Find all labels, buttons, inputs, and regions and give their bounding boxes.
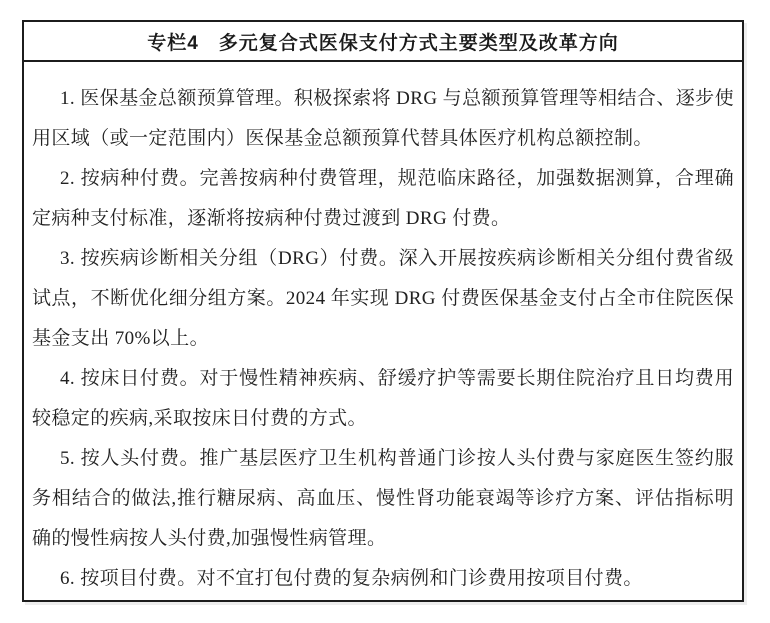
paragraph-per-disease-payment: 2. 按病种付费。完善按病种付费管理，规范临床路径，加强数据测算，合理确定病种支… (32, 159, 734, 239)
box-title: 专栏4 多元复合式医保支付方式主要类型及改革方向 (24, 22, 742, 62)
policy-column-box: 专栏4 多元复合式医保支付方式主要类型及改革方向 1. 医保基金总额预算管理。积… (22, 20, 744, 602)
paragraph-drg-payment: 3. 按疾病诊断相关分组（DRG）付费。深入开展按疾病诊断相关分组付费省级试点，… (32, 239, 734, 359)
document-page: 专栏4 多元复合式医保支付方式主要类型及改革方向 1. 医保基金总额预算管理。积… (0, 0, 770, 623)
paragraph-per-bed-day-payment: 4. 按床日付费。对于慢性精神疾病、舒缓疗护等需要长期住院治疗且日均费用较稳定的… (32, 359, 734, 439)
paragraph-fee-for-service: 6. 按项目付费。对不宜打包付费的复杂病例和门诊费用按项目付费。 (32, 559, 734, 599)
box-body: 1. 医保基金总额预算管理。积极探索将 DRG 与总额预算管理等相结合、逐步使用… (24, 62, 742, 599)
paragraph-capitation-payment: 5. 按人头付费。推广基层医疗卫生机构普通门诊按人头付费与家庭医生签约服务相结合… (32, 439, 734, 559)
paragraph-total-budget-management: 1. 医保基金总额预算管理。积极探索将 DRG 与总额预算管理等相结合、逐步使用… (32, 79, 734, 159)
